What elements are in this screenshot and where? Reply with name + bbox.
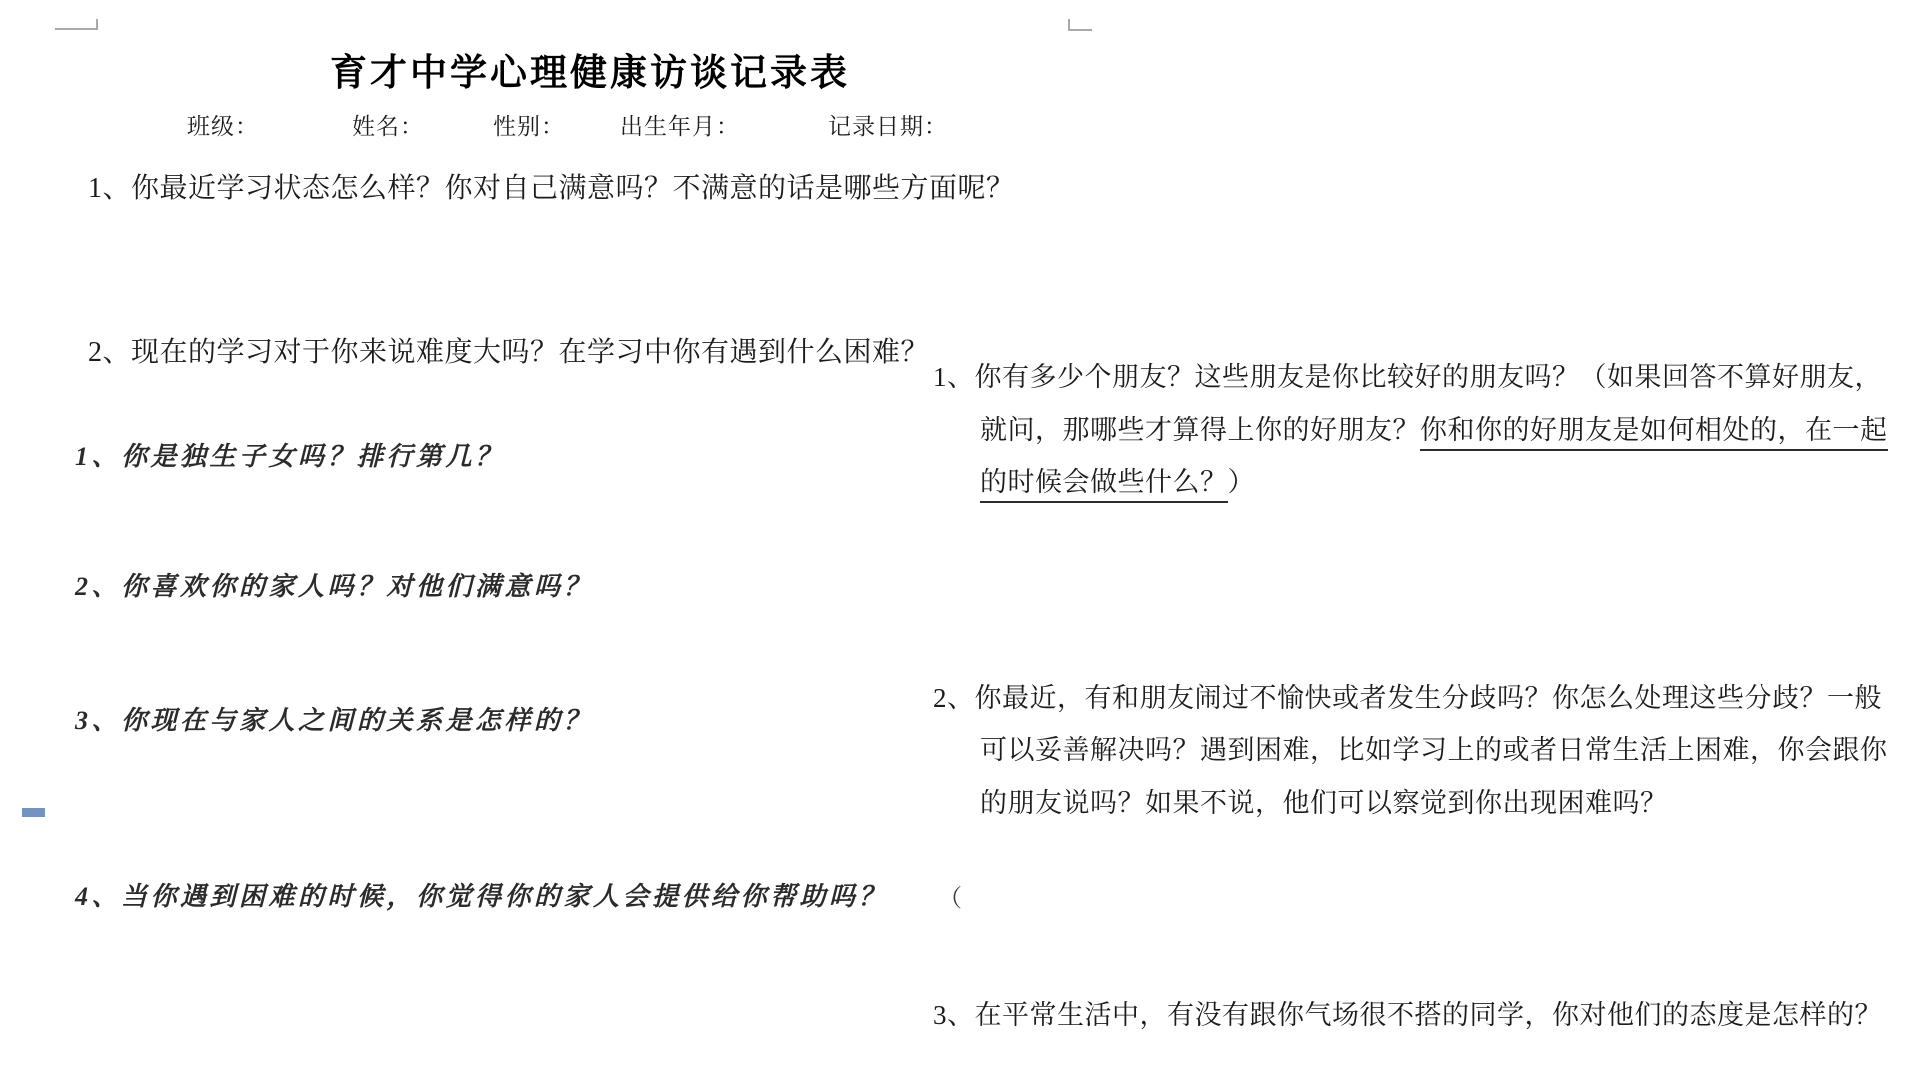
friend-question-1-line3-underlined: 的时候会做些什么？ (980, 467, 1228, 503)
field-label-record-date: 记录日期： (828, 108, 948, 141)
right-page-surface[interactable] (928, 0, 1920, 1080)
document-canvas: 育才中学心理健康访谈记录表 班级： 姓名： 性别： 出生年月： 记录日期： 1、… (0, 0, 1920, 1080)
family-question-4: 4、当你遇到困难的时候，你觉得你的家人会提供给你帮助吗？ (75, 876, 888, 913)
field-label-name: 姓名： (352, 108, 424, 141)
friend-question-2-line2: 可以妥善解决吗？遇到困难，比如学习上的或者日常生活上困难，你会跟你 (980, 728, 1888, 767)
family-question-2: 2、你喜欢你的家人吗？对他们满意吗？ (75, 566, 593, 603)
study-question-2: 2、现在的学习对于你来说难度大吗？在学习中你有遇到什么困难？ (88, 330, 929, 370)
family-question-1: 1、你是独生子女吗？排行第几？ (75, 436, 505, 473)
friend-question-1-line3-plain: ） (1228, 467, 1256, 497)
friend-question-1-line3: 的时候会做些什么？） (980, 460, 1255, 499)
left-page-surface[interactable] (0, 0, 928, 1080)
friend-question-1-line2: 就问，那哪些才算得上你的好朋友？你和你的好朋友是如何相处的，在一起 (980, 408, 1888, 447)
field-label-gender: 性别： (493, 108, 565, 141)
document-title: 育才中学心理健康访谈记录表 (330, 42, 850, 96)
friend-question-1-line2-underlined: 你和你的好朋友是如何相处的，在一起 (1420, 415, 1888, 451)
page-corner-mark-right (1068, 19, 1092, 31)
study-question-1: 1、你最近学习状态怎么样？你对自己满意吗？不满意的话是哪些方面呢？ (88, 166, 1015, 206)
friend-question-2-line3: 的朋友说吗？如果不说，他们可以察觉到你出现困难吗？ (980, 781, 1668, 820)
friend-question-2-line1: 2、你最近，有和朋友闹过不愉快或者发生分歧吗？你怎么处理这些分歧？一般 (933, 676, 1882, 715)
friend-question-1-line1: 1、你有多少个朋友？这些朋友是你比较好的朋友吗？（如果回答不算好朋友， (933, 355, 1882, 394)
friend-question-1-line2-plain: 就问，那哪些才算得上你的好朋友？ (980, 415, 1420, 445)
stray-paren-mark: （ (938, 878, 962, 913)
family-question-3: 3、你现在与家人之间的关系是怎样的？ (75, 700, 593, 737)
friend-question-3: 3、在平常生活中，有没有跟你气场很不搭的同学，你对他们的态度是怎样的？ (933, 993, 1882, 1032)
page-corner-mark-left (55, 19, 98, 30)
field-label-birthdate: 出生年月： (620, 108, 740, 141)
blue-selection-marker (22, 808, 45, 817)
field-label-class: 班级： (187, 108, 259, 141)
